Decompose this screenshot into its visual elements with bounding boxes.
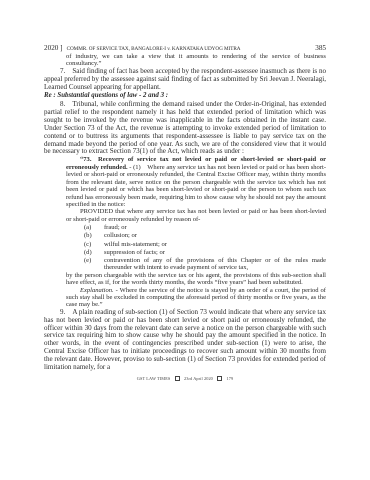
section-73-body: - (1) Where any service tax has not been…: [66, 164, 326, 208]
square-bullet-icon: [175, 376, 180, 381]
clause-item: (e)contravention of any of the provision…: [66, 257, 326, 272]
clause-item: (c)wilful mis-statement; or: [66, 241, 326, 249]
clause-item: (d)suppression of facts; or: [66, 249, 326, 257]
document-page: 2020 ] COMMR. OF SERVICE TAX, BANGALORE-…: [44, 44, 326, 381]
running-header: 2020 ] COMMR. OF SERVICE TAX, BANGALORE-…: [44, 44, 326, 53]
running-footer: GST LAW TIMES 23rd April 2020 179: [44, 376, 326, 382]
quote-continuation: of industry, we can take a view that it …: [66, 53, 326, 68]
header-page-number: 385: [315, 44, 326, 52]
square-bullet-icon: [217, 376, 222, 381]
clause-list: (a)fraud; or (b)collusion; or (c)wilful …: [66, 224, 326, 271]
footer-journal: GST LAW TIMES: [137, 376, 171, 381]
footer-page: 179: [227, 376, 234, 381]
header-case-title: COMMR. OF SERVICE TAX, BANGALORE-I v. KA…: [67, 46, 312, 52]
section-73-text: “73. Recovery of service tax not levied …: [66, 156, 326, 208]
explanation: Explanation. - Where the service of the …: [66, 287, 326, 309]
explanation-label: Explanation.: [80, 287, 114, 294]
statute-quote: “73. Recovery of service tax not levied …: [66, 156, 326, 309]
clause-item: (b)collusion; or: [66, 232, 326, 240]
header-year: 2020 ]: [44, 44, 63, 52]
clause-item: (a)fraud; or: [66, 224, 326, 232]
proviso: PROVIDED that where any service tax has …: [66, 208, 326, 223]
footer-date: 23rd April 2020: [184, 376, 213, 381]
paragraph-9: 9. A plain reading of sub-section (1) of…: [44, 309, 326, 372]
paragraph-7: 7. Said finding of fact has been accepte…: [44, 68, 326, 92]
after-clauses-text: by the person chargeable with the servic…: [66, 272, 326, 287]
section-heading: Re : Substantial questions of law - 2 an…: [44, 92, 326, 100]
paragraph-8: 8. Tribunal, while confirming the demand…: [44, 101, 326, 156]
